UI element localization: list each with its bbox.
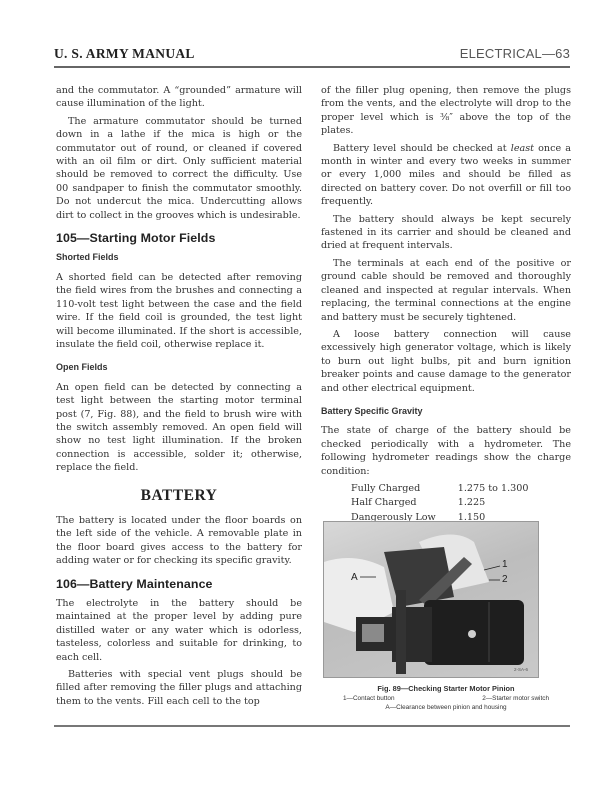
section-page-number: ELECTRICAL—63: [460, 46, 570, 61]
paragraph: The state of charge of the battery shoul…: [321, 424, 571, 478]
legend-item: A—Clearance between pinion and housing: [321, 704, 571, 712]
paragraph: The terminals at each end of the positiv…: [321, 257, 571, 324]
manual-title: U. S. ARMY MANUAL: [54, 46, 195, 62]
paragraph: and the commutator. A “grounded” armatur…: [56, 84, 302, 111]
legend-item: 1—Contact button: [343, 695, 395, 703]
callout-label-a: A: [351, 572, 358, 583]
paragraph: of the filler plug opening, then remove …: [321, 84, 571, 138]
figure-legend-row: 1—Contact button 2—Starter motor switch: [321, 695, 571, 703]
gravity-value: 1.225: [458, 496, 551, 510]
left-column: and the commutator. A “grounded” armatur…: [56, 84, 302, 712]
paragraph: A loose battery connection will cause ex…: [321, 328, 571, 395]
emphasis: least: [511, 143, 534, 154]
paragraph: An open field can be detected by connect…: [56, 381, 302, 475]
legend-item: 2—Starter motor switch: [482, 695, 549, 703]
paragraph: Batteries with special vent plugs should…: [56, 668, 302, 708]
charge-label: Half Charged: [351, 496, 458, 510]
callout-label-1: 1: [502, 559, 508, 570]
figure-title: Fig. 89—Checking Starter Motor Pinion: [321, 685, 571, 693]
table-row: Half Charged 1.225: [351, 496, 550, 510]
header-rule: [54, 66, 570, 68]
paragraph: The battery is located under the floor b…: [56, 514, 302, 568]
paragraph: Battery level should be checked at least…: [321, 142, 571, 209]
right-column: of the filler plug opening, then remove …: [321, 84, 571, 525]
subheading-open-fields: Open Fields: [56, 361, 302, 374]
table-row: Fully Charged 1.275 to 1.300: [351, 482, 550, 496]
hydrometer-readings-table: Fully Charged 1.275 to 1.300 Half Charge…: [351, 482, 550, 525]
starter-motor-photo: A 1 2 2-SA-6: [323, 521, 539, 678]
charge-label: Fully Charged: [351, 482, 458, 496]
paragraph: The armature commutator should be turned…: [56, 115, 302, 222]
section-heading-105: 105—Starting Motor Fields: [56, 232, 302, 245]
subheading-battery-specific-gravity: Battery Specific Gravity: [321, 405, 571, 418]
running-header: U. S. ARMY MANUAL ELECTRICAL—63: [54, 46, 570, 64]
paragraph: A shorted field can be detected after re…: [56, 271, 302, 351]
paragraph: The battery should always be kept secure…: [321, 213, 571, 253]
starter-motor-illustration: [324, 522, 538, 677]
subheading-shorted-fields: Shorted Fields: [56, 251, 302, 264]
text-span: Battery level should be checked at: [333, 143, 511, 154]
section-heading-106: 106—Battery Maintenance: [56, 578, 302, 591]
chapter-heading-battery: BATTERY: [56, 489, 302, 502]
paragraph: The electrolyte in the battery should be…: [56, 597, 302, 664]
footer-rule: [54, 725, 570, 727]
figure-caption: Fig. 89—Checking Starter Motor Pinion 1—…: [321, 685, 571, 712]
gravity-value: 1.275 to 1.300: [458, 482, 551, 496]
callout-label-2: 2: [502, 574, 508, 585]
photo-code: 2-SA-6: [514, 667, 528, 672]
